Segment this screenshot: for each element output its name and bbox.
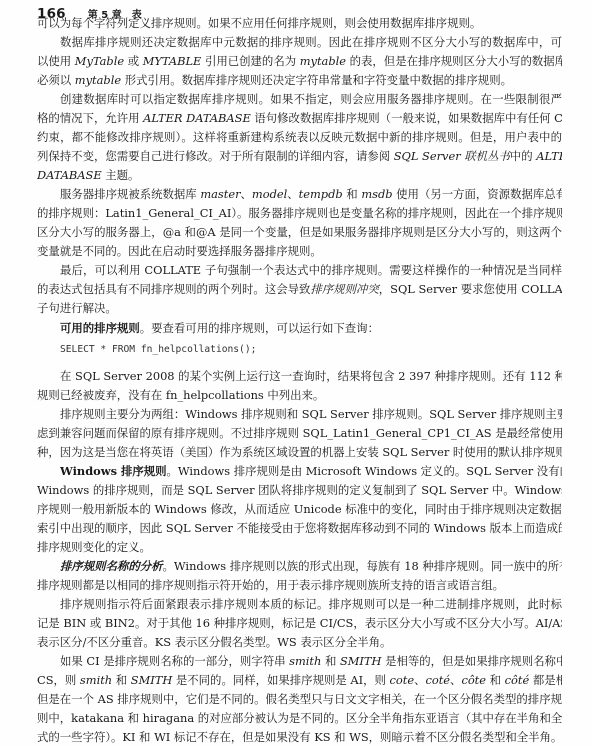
run-text: 排序规则变化的定义。: [37, 540, 151, 554]
run-emphasis: ALTER: [536, 149, 562, 163]
run-text: 如果 CI 是排序规则名称的一部分，则字符串: [60, 654, 289, 668]
run-emphasis: coté: [425, 673, 450, 687]
run-text: 则中，katakana 和 hiragana 的对应部分被认为是不同的。区分全半…: [37, 711, 562, 725]
text-line: 序规则一般用新版本的 Windows 修改，从而适应 Unicode 标准中的变…: [37, 502, 562, 516]
text-line: CS，则 smith 和 SMITH 是不同的。同样，如果排序规则是 AI，则 …: [37, 673, 562, 687]
run-text: 式的一些字符）。KI 和 WI 标记不存在，但是如果没有 KS 和 WS，则暗示…: [37, 730, 562, 744]
text-line: 但是在一个 AS 排序规则中，它们是不同的。假名类型只与日文文字相关，在一个区分…: [37, 692, 562, 706]
text-line: 排序规则名称的分析。Windows 排序规则以族的形式出现，每族有 18 种排序…: [60, 559, 562, 573]
text-line: 最后，可以利用 COLLATE 子句强制一个表达式中的排序规则。需要这样操作的一…: [60, 263, 562, 277]
text-line: Windows 排序规则。Windows 排序规则是由 Microsoft Wi…: [60, 464, 562, 478]
run-text: 虑到兼容问题而保留的原有排序规则。不过排序规则 SQL_Latin1_Gener…: [37, 426, 562, 440]
run-emphasis: SMITH: [131, 673, 173, 687]
run-emphasis: mytable: [75, 73, 121, 87]
run-text: 约束，都不能修改排序规则）。这样将重新建构系统表以反映元数据中新的排序规则。但是…: [37, 130, 562, 144]
run-text: 种，因为这是当您在将英语（美国）作为系统区域设置的机器上安装 SQL Serve…: [37, 445, 562, 459]
run-text: 索引中出现的顺序，因此 SQL Server 不能接受由于您将数据库移动到不同的…: [37, 521, 562, 535]
text-line: 式的一些字符）。KI 和 WI 标记不存在，但是如果没有 KS 和 WS，则暗示…: [37, 730, 562, 744]
run-text: 可以为每个字符列定义排序规则。如果不应用任何排序规则，则会使用数据库排序规则。: [37, 16, 481, 30]
run-text: 以使用: [37, 54, 75, 68]
text-line: 可以为每个字符列定义排序规则。如果不应用任何排序规则，则会使用数据库排序规则。: [37, 16, 562, 30]
run-text: 引用已创建的名为: [201, 54, 299, 68]
run-text: 数据库排序规则还决定数据库中元数据的排序规则。因此在排序规则不区分大小写的数据库…: [60, 35, 562, 49]
run-emphasis: 排序规则冲突: [310, 282, 378, 296]
run-text: 但是在一个 AS 排序规则中，它们是不同的。假名类型只与日文文字相关，在一个区分…: [37, 692, 562, 706]
run-emphasis: côté: [505, 673, 530, 687]
run-emphasis: tempdb: [299, 187, 343, 201]
text-line: 如果 CI 是排序规则名称的一部分，则字符串 smith 和 SMITH 是相等…: [60, 654, 562, 668]
run-text: 、: [450, 673, 461, 687]
run-emphasis: MYTABLE: [143, 54, 202, 68]
run-text: 变量就是不同的。因此在启动时要选择服务器排序规则。: [37, 244, 322, 258]
text-line: 虑到兼容问题而保留的原有排序规则。不过排序规则 SQL_Latin1_Gener…: [37, 426, 562, 440]
run-emphasis: SMITH: [340, 654, 382, 668]
text-line: 以使用 MyTable 或 MYTABLE 引用已创建的名为 mytable 的…: [37, 54, 562, 68]
run-text: 创建数据库时可以指定数据库排序规则。如果不指定，则会应用服务器排序规则。在一些限…: [60, 92, 562, 106]
text-line: 表示区分/不区分重音。KS 表示区分假名类型。WS 表示区分全半角。: [37, 635, 562, 649]
code-sample: SELECT * FROM fn_helpcollations();: [60, 344, 256, 355]
run-text: 、: [241, 187, 252, 201]
run-text: 形式引用。数据库排序规则还决定字符串常量和字符变量中数据的排序规则。: [121, 73, 512, 87]
run-text: 或: [124, 54, 143, 68]
run-text: CS，则: [37, 673, 80, 687]
run-emphasis: smith: [80, 673, 112, 687]
run-text: 的表达式包括具有不同排序规则的两个列时。这会导致: [37, 282, 310, 296]
text-line: 区分大小写的服务器上，@a 和@A 是同一个变量，但是如果服务器排序规则是区分大…: [37, 225, 562, 239]
run-text: 服务器排序规被系统数据库: [60, 187, 200, 201]
run-text: 规则已经被废弃，没有在 fn_helpcollations 中列出来。: [37, 388, 324, 402]
run-text: 使用（另一方面，资源数据库总有相同: [393, 187, 562, 201]
run-emphasis: smith: [289, 654, 321, 668]
text-line: 排序规则都是以相同的排序规则指示符开始的，用于表示排序规则族所支持的语言或语言组…: [37, 578, 562, 592]
text-line: 索引中出现的顺序，因此 SQL Server 不能接受由于您将数据库移动到不同的…: [37, 521, 562, 535]
text-line: 规则已经被废弃，没有在 fn_helpcollations 中列出来。: [37, 388, 562, 402]
run-text: 必须以: [37, 73, 75, 87]
run-text: 中的: [510, 149, 536, 163]
run-text: 在 SQL Server 2008 的某个实例上运行这一查询时，结果将包含 2 …: [60, 369, 562, 383]
run-heading: 排序规则名称的分析: [60, 559, 163, 573]
text-line: 约束，都不能修改排序规则）。这样将重新建构系统表以反映元数据中新的排序规则。但是…: [37, 130, 562, 144]
run-text: 是相等的，但是如果排序规则名称中有: [381, 654, 562, 668]
text-line: 在 SQL Server 2008 的某个实例上运行这一查询时，结果将包含 2 …: [60, 369, 562, 383]
text-line: 排序规则主要分为两组：Windows 排序规则和 SQL Server 排序规则…: [60, 407, 562, 421]
run-text: 。要查看可用的排序规则，可以运行如下查询：: [140, 321, 379, 335]
text-line: 种，因为这是当您在将英语（美国）作为系统区域设置的机器上安装 SQL Serve…: [37, 445, 562, 459]
run-text: 主题。: [102, 168, 140, 182]
run-text: 、: [414, 673, 425, 687]
run-text: 最后，可以利用 COLLATE 子句强制一个表达式中的排序规则。需要这样操作的一…: [60, 263, 562, 277]
run-text: 格的情况下，允许用: [37, 111, 143, 125]
text-line: 记是 BIN 或 BIN2。对于其他 16 种排序规则，标记是 CI/CS，表示…: [37, 616, 562, 630]
run-text: 排序规则都是以相同的排序规则指示符开始的，用于表示排序规则族所支持的语言或语言组…: [37, 578, 504, 592]
text-line: DATABASE 主题。: [37, 168, 562, 182]
text-line: 变量就是不同的。因此在启动时要选择服务器排序规则。: [37, 244, 562, 258]
text-line: 的表达式包括具有不同排序规则的两个列时。这会导致排序规则冲突，SQL Serve…: [37, 282, 562, 296]
run-text: 的表，但是在排序规则区分大小写的数据库中，: [346, 54, 562, 68]
text-line: Windows 的排序规则，而是 SQL Server 团队将排序规则的定义复制…: [37, 483, 562, 497]
run-text: 语句修改数据库排序规则（一般来说，如果数据库中有任何 CHECK: [251, 111, 562, 125]
run-text: 和: [112, 673, 131, 687]
text-line: 格的情况下，允许用 ALTER DATABASE 语句修改数据库排序规则（一般来…: [37, 111, 562, 125]
run-text: 和: [486, 673, 505, 687]
run-text: 。Windows 排序规则是由 Microsoft Windows 定义的。SQ…: [167, 464, 562, 478]
run-emphasis: model: [252, 187, 287, 201]
run-emphasis: côte: [461, 673, 486, 687]
run-emphasis: DATABASE: [37, 168, 102, 182]
run-emphasis: ALTER DATABASE: [143, 111, 251, 125]
run-emphasis: master: [200, 187, 240, 201]
run-text: 排序规则指示符后面紧跟表示排序规则本质的标记。排序规则可以是一种二进制排序规则，…: [60, 597, 562, 611]
run-text: 子句进行解决。: [37, 301, 117, 315]
run-heading: Windows 排序规则: [60, 464, 167, 478]
run-text: 排序规则主要分为两组：Windows 排序规则和 SQL Server 排序规则…: [60, 407, 562, 421]
run-text: 序规则一般用新版本的 Windows 修改，从而适应 Unicode 标准中的变…: [37, 502, 562, 516]
text-line: 则中，katakana 和 hiragana 的对应部分被认为是不同的。区分全半…: [37, 711, 562, 725]
text-line: 创建数据库时可以指定数据库排序规则。如果不指定，则会应用服务器排序规则。在一些限…: [60, 92, 562, 106]
run-text: 列保持不变，您需要自己进行修改。对于所有限制的详细内容，请参阅: [37, 149, 394, 163]
text-line: 排序规则指示符后面紧跟表示排序规则本质的标记。排序规则可以是一种二进制排序规则，…: [60, 597, 562, 611]
run-text: 区分大小写的服务器上，@a 和@A 是同一个变量，但是如果服务器排序规则是区分大…: [37, 225, 562, 239]
run-text: 是不同的。同样，如果排序规则是 AI，则: [172, 673, 389, 687]
run-emphasis: cote: [390, 673, 415, 687]
text-line: 排序规则变化的定义。: [37, 540, 562, 554]
run-text: 的排序规则：Latin1_General_CI_AI）。服务器排序规则也是变量名…: [37, 206, 562, 220]
text-line: 列保持不变，您需要自己进行修改。对于所有限制的详细内容，请参阅 SQL Serv…: [37, 149, 562, 163]
run-emphasis: MyTable: [75, 54, 124, 68]
run-text: ，SQL Server 要求您使用 COLLATE: [379, 282, 562, 296]
run-text: 和: [343, 187, 362, 201]
run-text: 和: [321, 654, 340, 668]
run-text: 记是 BIN 或 BIN2。对于其他 16 种排序规则，标记是 CI/CS，表示…: [37, 616, 562, 630]
run-text: 都是相同的，: [529, 673, 562, 687]
run-emphasis: SQL Server 联机丛书: [394, 149, 510, 163]
run-text: Windows 的排序规则，而是 SQL Server 团队将排序规则的定义复制…: [37, 483, 562, 497]
run-emphasis: mytable: [300, 54, 346, 68]
text-line: 数据库排序规则还决定数据库中元数据的排序规则。因此在排序规则不区分大小写的数据库…: [60, 35, 562, 49]
text-line: 必须以 mytable 形式引用。数据库排序规则还决定字符串常量和字符变量中数据…: [37, 73, 562, 87]
book-page: 166 第 5 章 表 可以为每个字符列定义排序规则。如果不应用任何排序规则，则…: [0, 0, 592, 746]
text-line: 可用的排序规则。要查看可用的排序规则，可以运行如下查询：: [60, 321, 562, 335]
run-text: 。Windows 排序规则以族的形式出现，每族有 18 种排序规则。同一族中的所…: [163, 559, 562, 573]
run-text: 表示区分/不区分重音。KS 表示区分假名类型。WS 表示区分全半角。: [37, 635, 391, 649]
run-emphasis: msdb: [361, 187, 392, 201]
text-line: 服务器排序规被系统数据库 master、model、tempdb 和 msdb …: [60, 187, 562, 201]
text-line: 的排序规则：Latin1_General_CI_AI）。服务器排序规则也是变量名…: [37, 206, 562, 220]
run-text: 、: [287, 187, 298, 201]
text-line: 子句进行解决。: [37, 301, 562, 315]
run-heading: 可用的排序规则: [60, 321, 140, 335]
